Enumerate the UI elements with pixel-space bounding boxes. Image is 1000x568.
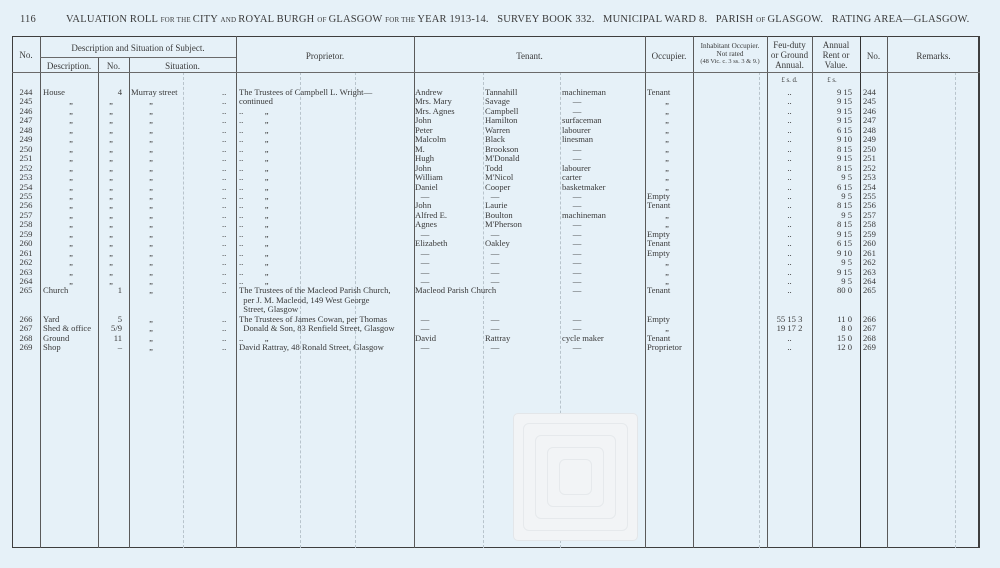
title-fragment: VALUATION ROLL [66, 14, 161, 25]
cell-no: 265 [14, 286, 38, 295]
col-rule [860, 36, 861, 548]
cell-rent: 12 0 [812, 343, 852, 352]
rent-line: Rent or [812, 50, 860, 60]
feu-line: Feu-duty [767, 40, 812, 50]
page-number: 116 [20, 14, 36, 25]
feu-line: or Ground [767, 50, 812, 60]
cell-occupier: Empty [647, 315, 693, 324]
header-annual-rent: Annual Rent or Value. [812, 40, 860, 70]
header-proprietor: Proprietor. [236, 51, 414, 61]
cell-dno: – [100, 343, 122, 352]
header-situation: Situation. [129, 61, 236, 71]
col-rule [645, 36, 646, 548]
header-description: Description. [40, 61, 98, 71]
title-fragment: ROYAL BURGH [238, 14, 317, 25]
cell-no2: 269 [863, 343, 887, 352]
col-rule [887, 36, 888, 548]
col-rule [955, 72, 956, 548]
cell-prop: David Rattray, 48 Ronald Street, Glasgow [239, 343, 415, 352]
col-rule [236, 36, 237, 548]
rent-units: £ s. [812, 77, 852, 85]
cell-t-first: Macleod Parish Church [415, 286, 485, 295]
cell-occupier: Proprietor [647, 343, 693, 352]
header-tenant: Tenant. [414, 51, 645, 61]
title-fragment: YEAR 1913-14. SURVEY BOOK 332. MUNICIPAL… [417, 14, 756, 25]
rent-line: Annual [812, 40, 860, 50]
cell-t-last: — [485, 343, 505, 352]
cell-dno: 1 [100, 286, 122, 295]
cell-sit: „ [131, 343, 171, 352]
roll-title: VALUATION ROLL FOR THE CITY AND ROYAL BU… [66, 14, 969, 25]
cell-occupier: Tenant [647, 286, 693, 295]
cell-t-first: Malcolm [415, 135, 485, 144]
header-no: No. [12, 50, 40, 60]
inhabitant-line: Not rated [693, 50, 767, 58]
header-description-group: Description and Situation of Subject. [40, 43, 236, 53]
title-fragment: CITY [193, 14, 221, 25]
title-fragment: AND [221, 16, 239, 24]
cell-no: 269 [14, 343, 38, 352]
inhabitant-line: Inhabitant Occupier. [693, 42, 767, 50]
col-rule [129, 58, 130, 548]
cell-feu: .. [767, 343, 812, 352]
title-fragment: GLASGOW [329, 14, 386, 25]
feu-line: Annual. [767, 60, 812, 70]
header-no-right: No. [860, 51, 887, 61]
col-rule [759, 72, 760, 548]
title-fragment: FOR THE [385, 16, 417, 24]
cell-desc: Church [43, 286, 99, 295]
header-bottom-rule [12, 72, 980, 73]
header-subrule [40, 57, 236, 58]
col-rule [693, 36, 694, 548]
title-fragment: OF [756, 16, 767, 24]
cell-feu: .. [767, 286, 812, 295]
watermark-seal [513, 413, 638, 541]
cell-t-occ: — [562, 343, 592, 352]
leader-dots: .. [222, 343, 226, 352]
cell-sit: Murray street [131, 88, 231, 97]
header-inhabitant: Inhabitant Occupier. Not rated (48 Vic. … [693, 42, 767, 66]
cell-rent: 80 0 [812, 286, 852, 295]
page-header: 116 VALUATION ROLL FOR THE CITY AND ROYA… [20, 14, 980, 30]
header-desc-no: No. [98, 61, 129, 71]
cell-t-first: — [415, 343, 435, 352]
title-fragment: FOR THE [161, 16, 193, 24]
feu-units: £ s. d. [767, 77, 812, 85]
inhabitant-line: (48 Vic. c. 3 ss. 3 & 9.) [693, 58, 767, 66]
cell-occupier: Empty [647, 249, 693, 258]
cell-sit: „ [131, 286, 171, 295]
header-occupier: Occupier. [645, 51, 693, 61]
title-fragment: GLASGOW. RATING AREA—GLASGOW. [767, 14, 969, 25]
cell-occupier: Tenant [647, 88, 693, 97]
cell-t-occ: — [562, 286, 592, 295]
title-fragment: OF [317, 16, 328, 24]
cell-desc: Shop [43, 343, 99, 352]
cell-occupier: Tenant [647, 201, 693, 210]
rent-line: Value. [812, 60, 860, 70]
leader-dots: .. [222, 286, 226, 295]
header-remarks: Remarks. [887, 51, 980, 61]
cell-no2: 265 [863, 286, 887, 295]
col-rule [183, 72, 184, 548]
header-feu-duty: Feu-duty or Ground Annual. [767, 40, 812, 70]
col-rule [40, 36, 41, 548]
